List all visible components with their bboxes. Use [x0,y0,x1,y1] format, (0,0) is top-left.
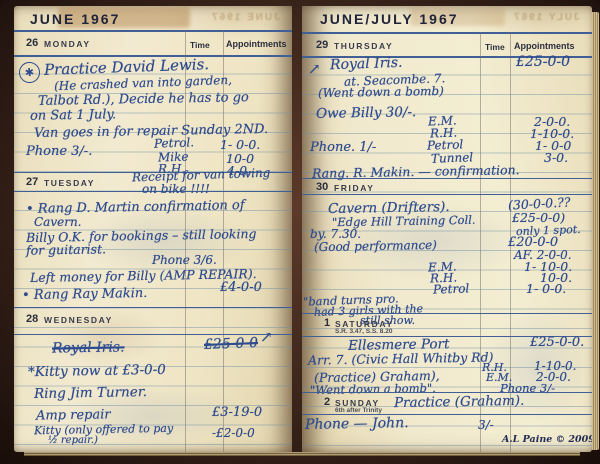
entry-line: (Went down a bomb) [318,84,444,100]
day-name-monday: MONDAY [44,39,91,49]
expense-amount: £3-19-0 [212,405,262,420]
entry-line: Practice (Graham). [394,393,525,411]
struck-amount: £25-0-0 [204,335,259,353]
day-number-1: 1 [324,317,330,329]
circled-asterisk-mark: ✱ [18,61,41,84]
header-rule [302,32,592,34]
day-number-28: 28 [26,313,38,325]
entry-line: Amp repair [36,407,111,423]
day-number-29: 29 [316,39,328,51]
entry-line: Cavern. [34,215,82,229]
expense-amount: 1- 0-0. [220,137,260,152]
entry-line: Phone — John. [305,415,409,433]
struck-entry: Royal Iris. [52,339,125,356]
expense-amount: £4-0-0 [220,280,262,295]
expense-label: Petrol. [154,135,195,150]
right-page: JUNE/JULY 1967 JULY 1967 29 THURSDAY Tim… [302,6,592,452]
day-name-wednesday: WEDNESDAY [44,315,113,325]
day-number-26: 26 [26,37,38,49]
month-ghost-left: JUNE 1967 [210,12,280,23]
time-column-label: Time [190,40,210,50]
moved-from-arrow: ↗ [308,60,321,78]
entry-line: Arr. 7. (Civic Hall Whitby Rd) [308,349,494,367]
left-page: JUNE 1967 JUNE 1967 26 MONDAY Time Appoi… [14,6,292,452]
entry-line: Owe Billy 30/-. [316,104,417,122]
entry-line: (Good performance) [314,238,437,254]
phone-expense: Phone. 1/- [310,140,376,155]
month-title-left: JUNE 1967 [30,11,120,27]
entry-line: Ring Jim Turner. [34,384,147,402]
appointments-column-label: Appointments [514,41,575,51]
day-name-tuesday: TUESDAY [44,178,95,188]
diary-book: JUNE 1967 JUNE 1967 26 MONDAY Time Appoi… [0,0,600,464]
time-column-rule [480,32,481,452]
month-ghost-right: JULY 1967 [512,12,580,23]
entry-line: Royal Iris. [330,55,403,74]
entry-line: ½ repair.) [48,435,98,446]
entry-line: for guitarist. [26,241,106,257]
moved-forward-arrow: ↗ [260,328,273,346]
entry-line: • Rang Ray Makin. [22,286,148,303]
copyright-watermark: A.L Paine © 2009 [502,434,592,445]
expense-amount: £25-0-0. [530,335,584,350]
trinity-note: 6th after Trinity [335,407,382,414]
header-rule [14,30,292,32]
day-number-30: 30 [316,181,328,193]
expense-amount: 3/- [478,418,494,432]
page-stack-edge-bottom [24,452,580,456]
phone-expense: Phone 3/6. [152,253,217,267]
entry-line: *Kitty now at £3-0-0 [28,362,166,380]
entry-line: Talbot Rd.), Decide he has to go [38,90,249,109]
entry-line: on Sat 1 July. [30,107,116,124]
day-number-27: 27 [26,176,38,188]
expense-amount: £25-0-0 [516,54,570,70]
day-number-2: 2 [324,396,330,408]
entry-line: on bike !!!! [142,182,210,196]
phone-expense: Phone 3/-. [26,144,92,159]
day-name-friday: FRIDAY [334,183,374,193]
expense-label: Petrol [433,281,470,296]
month-title-right: JUNE/JULY 1967 [320,11,459,27]
sunrise-sunset-note: S.R. 3.47, S.S. 8.20 [335,328,392,335]
expense-amount: 1- 0-0. [526,281,566,296]
expense-amount: -£2-0-0 [212,426,255,440]
appointments-column-label: Appointments [226,39,287,49]
page-stack-edge-right [592,12,599,450]
time-column-label: Time [485,42,505,52]
expense-amount: 3-0. [544,150,568,165]
day-name-thursday: THURSDAY [334,41,393,51]
